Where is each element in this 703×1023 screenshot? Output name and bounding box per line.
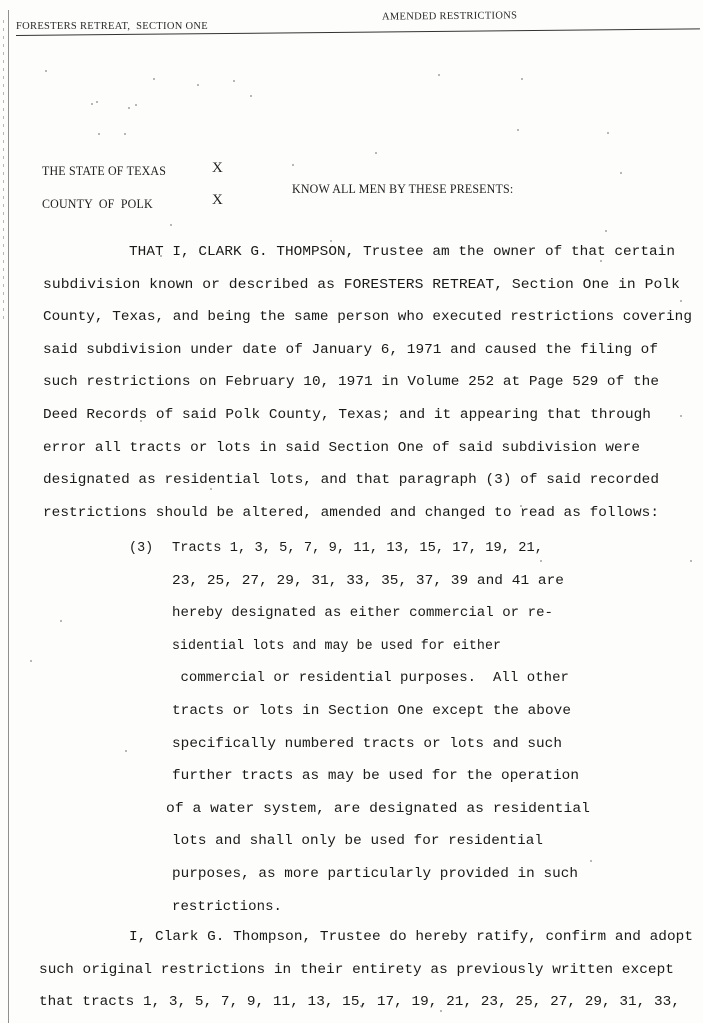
text-line: said subdivision under date of January 6… (43, 343, 658, 358)
scan-speck (440, 1010, 442, 1012)
scan-speck (124, 133, 126, 135)
text-line: THAT I, CLARK G. THOMPSON, Trustee am th… (129, 245, 675, 260)
scan-speck (600, 260, 602, 262)
text-line: County, Texas, and being the same person… (43, 310, 692, 325)
text-line: designated as residential lots, and that… (43, 473, 659, 488)
text-line: restrictions should be altered, amended … (43, 506, 659, 521)
text-line: that tracts 1, 3, 5, 7, 9, 11, 13, 15, 1… (39, 995, 680, 1010)
text-line: commercial or residential purposes. All … (172, 671, 569, 686)
scan-speck (292, 164, 294, 166)
scan-speck (140, 420, 142, 422)
scan-speck (45, 70, 47, 72)
text-line: restrictions. (172, 900, 282, 915)
text-line: specifically numbered tracts or lots and… (172, 737, 562, 752)
scan-speck (605, 230, 607, 232)
text-line: such original restrictions in their enti… (39, 963, 674, 978)
text-line: Deed Records of said Polk County, Texas;… (43, 408, 651, 423)
binding-edge-dashes (3, 20, 4, 320)
scan-speck (125, 750, 127, 752)
scan-speck (170, 224, 172, 226)
scan-speck (690, 560, 692, 562)
text-line: further tracts as may be used for the op… (172, 769, 579, 784)
text-line: I, Clark G. Thompson, Trustee do hereby … (129, 930, 693, 945)
document-page: FORESTERS RETREAT, SECTION ONE AMENDED R… (0, 0, 703, 1023)
text-line: purposes, as more particularly provided … (172, 867, 578, 882)
scan-speck (517, 129, 519, 131)
caption-state: THE STATE OF TEXAS (42, 163, 166, 179)
scan-speck (210, 488, 212, 490)
scan-speck (540, 560, 542, 562)
text-line: tracts or lots in Section One except the… (172, 704, 571, 719)
scan-speck (607, 132, 609, 134)
text-line: such restrictions on February 10, 1971 i… (43, 375, 659, 390)
scan-speck (330, 240, 332, 242)
scan-speck (521, 78, 523, 80)
caption-presents: KNOW ALL MEN BY THESE PRESENTS: (292, 181, 513, 197)
caption-county: COUNTY OF POLK (42, 196, 153, 212)
scan-speck (250, 95, 252, 97)
binding-edge-line (8, 10, 9, 1023)
amended-paragraph-number: (3) (129, 541, 153, 556)
scan-speck (153, 78, 155, 80)
text-line: hereby designated as either commercial o… (172, 606, 553, 621)
scan-speck (520, 505, 522, 507)
scan-speck (135, 104, 137, 106)
scan-speck (375, 152, 377, 154)
scan-speck (60, 620, 62, 622)
scan-speck (98, 133, 100, 135)
page-header: FORESTERS RETREAT, SECTION ONE AMENDED R… (12, 10, 702, 38)
scan-speck (233, 80, 235, 82)
scan-speck (197, 84, 199, 86)
caption-bracket-1: X (212, 160, 223, 177)
scan-speck (30, 660, 32, 662)
scan-speck (91, 103, 93, 105)
scan-speck (360, 1005, 362, 1007)
header-document-type: AMENDED RESTRICTIONS (382, 10, 517, 22)
text-line: error all tracts or lots in said Section… (43, 441, 640, 456)
text-line: sidential lots and may be used for eithe… (172, 639, 501, 654)
scan-speck (438, 74, 440, 76)
text-line: of a water system, are designated as res… (166, 802, 590, 817)
text-line: Tracts 1, 3, 5, 7, 9, 11, 13, 15, 17, 19… (172, 541, 543, 556)
scan-speck (590, 860, 592, 862)
text-line: subdivision known or described as FOREST… (43, 278, 680, 293)
text-line: 23, 25, 27, 29, 31, 33, 35, 37, 39 and 4… (172, 574, 564, 589)
scan-speck (680, 300, 682, 302)
scan-speck (620, 172, 622, 174)
scan-speck (128, 107, 130, 109)
scan-speck (160, 255, 162, 257)
header-title: FORESTERS RETREAT, SECTION ONE (16, 21, 208, 32)
scan-speck (680, 415, 682, 417)
text-line: lots and shall only be used for resident… (172, 834, 543, 849)
caption-bracket-2: X (212, 192, 223, 209)
scan-speck (96, 101, 98, 103)
